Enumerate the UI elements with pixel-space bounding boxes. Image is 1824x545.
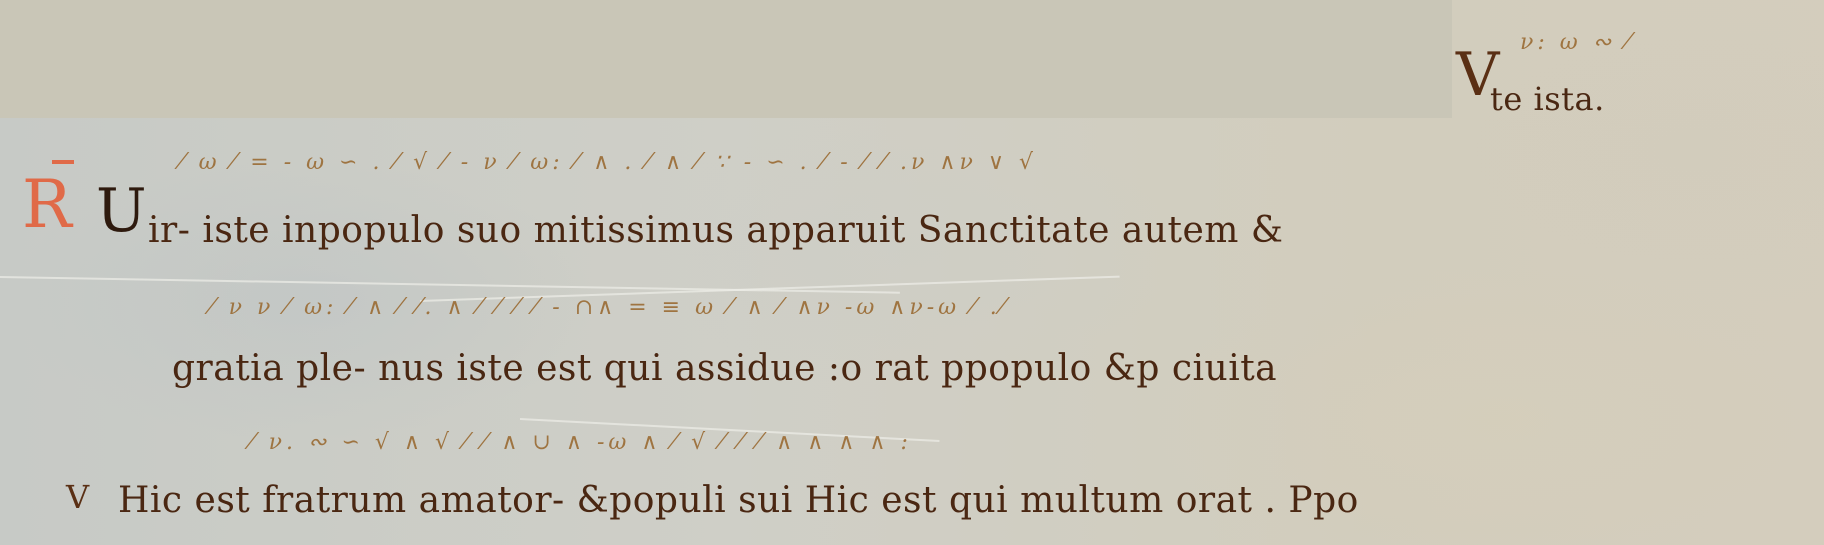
top-right-text: te ista.: [1490, 80, 1605, 118]
verse-mark: V: [66, 478, 89, 516]
neumes-line-1: ⁄ ω ⁄ = - ω ∽ . ⁄ √ ⁄ - ν ⁄ ω: ⁄ ∧ . ⁄ ∧…: [180, 150, 1037, 175]
initial-letter: U: [96, 176, 147, 246]
rubric-abbreviation-bar: [52, 160, 74, 164]
text-line-3: Hic est fratrum amator- &populi sui Hic …: [118, 480, 1359, 521]
text-line-1: ir- iste inpopulo suo mitissimus apparui…: [148, 210, 1283, 251]
manuscript-page: V ν: ω ∾ ⁄ te ista. R U ⁄ ω ⁄ = - ω ∽ . …: [0, 0, 1824, 545]
redaction-mask: [0, 0, 1452, 118]
neumes-top-right: ν: ω ∾ ⁄: [1520, 30, 1634, 55]
parchment-crease: [0, 276, 900, 294]
text-line-2: gratia ple- nus iste est qui assidue :o …: [172, 348, 1277, 389]
rubric-letter: R: [22, 166, 72, 243]
neumes-line-2: ⁄ ν ν ⁄ ω: ⁄ ∧ ⁄ ⁄. ∧ ⁄ ⁄ ⁄ ⁄ - ∩∧ = ≡ ω…: [210, 295, 1008, 320]
neumes-line-3: ⁄ ν. ∾ ∽ √ ∧ √ ⁄ ⁄ ∧ ∪ ∧ -ω ∧ ⁄ √ ⁄ ⁄ ⁄ …: [250, 430, 912, 455]
